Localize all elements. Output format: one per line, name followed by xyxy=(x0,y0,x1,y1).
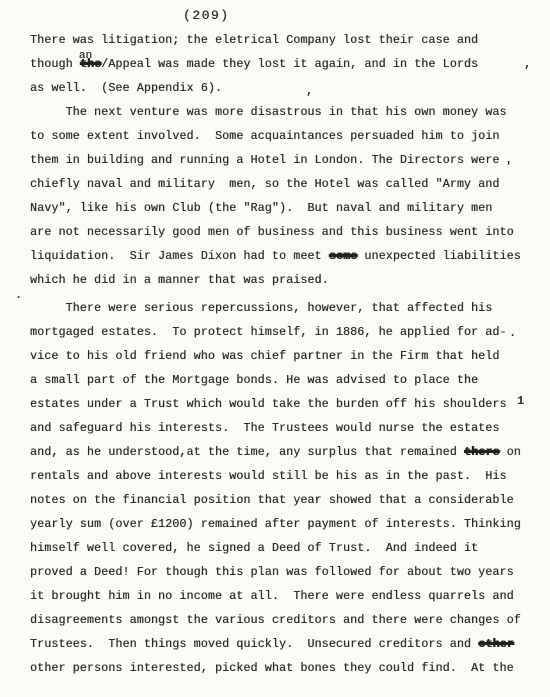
text-segment: and safeguard his interests. The Trustee… xyxy=(30,421,500,435)
struck-out-word: some xyxy=(329,249,357,263)
text-segment: disagreements amongst the various credit… xyxy=(30,613,521,627)
stray-ink-mark: , xyxy=(524,57,531,71)
stray-ink-mark: . xyxy=(509,326,516,340)
text-segment: rentals and above interests would still … xyxy=(30,469,507,483)
text-segment: yearly sum (over £1200) remained after p… xyxy=(30,517,521,531)
text-segment: mortgaged estates. To protect himself, i… xyxy=(30,325,507,339)
page-number: (209) xyxy=(183,8,230,23)
text-line: and, as he understood,at the time, any s… xyxy=(30,440,535,464)
text-segment: The next venture was more disastrous in … xyxy=(30,105,507,119)
text-segment: on xyxy=(500,445,521,459)
text-line: yearly sum (over £1200) remained after p… xyxy=(30,512,535,536)
text-line: notes on the financial position that yea… xyxy=(30,488,535,512)
text-segment: There was litigation; the eletrical Comp… xyxy=(30,33,478,47)
inserted-correction-word: an xyxy=(79,44,92,68)
text-segment: Trustees. Then things moved quickly. Uns… xyxy=(30,637,478,651)
text-line: himself well covered, he signed a Deed o… xyxy=(30,536,535,560)
text-line: which he did in a manner that was praise… xyxy=(30,268,535,292)
text-line: a small part of the Mortgage bonds. He w… xyxy=(30,368,535,392)
text-line: other persons interested, picked what bo… xyxy=(30,656,535,680)
text-segment: unexpected liabilities xyxy=(357,249,521,263)
text-segment: a small part of the Mortgage bonds. He w… xyxy=(30,373,478,387)
text-line: them in building and running a Hotel in … xyxy=(30,148,535,172)
text-line: to some extent involved. Some acquaintan… xyxy=(30,124,535,148)
text-line: rentals and above interests would still … xyxy=(30,464,535,488)
text-segment: chiefly naval and military men, so the H… xyxy=(30,177,500,191)
text-segment: and, as he understood,at the time, any s… xyxy=(30,445,464,459)
text-segment: though xyxy=(30,57,80,71)
text-line: mortgaged estates. To protect himself, i… xyxy=(30,320,535,344)
text-line: Trustees. Then things moved quickly. Uns… xyxy=(30,632,535,656)
text-segment: to some extent involved. Some acquaintan… xyxy=(30,129,500,143)
text-line: Navy", like his own Club (the "Rag"). Bu… xyxy=(30,196,535,220)
text-segment: which he did in a manner that was praise… xyxy=(30,273,329,287)
text-line: chiefly naval and military men, so the H… xyxy=(30,172,535,196)
text-segment: himself well covered, he signed a Deed o… xyxy=(30,541,478,555)
text-line: disagreements amongst the various credit… xyxy=(30,608,535,632)
text-segment: other persons interested, picked what bo… xyxy=(30,661,514,675)
stray-ink-mark: ' xyxy=(505,160,512,174)
text-line: There were serious repercussions, howeve… xyxy=(30,296,535,320)
scanned-document-page: (209) There was litigation; the eletrica… xyxy=(0,0,550,697)
text-line: and safeguard his interests. The Trustee… xyxy=(30,416,535,440)
text-line: vice to his old friend who was chief par… xyxy=(30,344,535,368)
text-line: it brought him in no income at all. Ther… xyxy=(30,584,535,608)
struck-out-word: thean xyxy=(80,57,101,71)
text-segment: it brought him in no income at all. Ther… xyxy=(30,589,514,603)
text-line: proved a Deed! For though this plan was … xyxy=(30,560,535,584)
text-segment: estates under a Trust which would take t… xyxy=(30,397,507,411)
stray-ink-mark: . xyxy=(15,288,22,302)
text-segment: as well. (See Appendix 6). xyxy=(30,81,222,95)
stray-ink-mark: , xyxy=(306,84,313,98)
text-line: as well. (See Appendix 6). xyxy=(30,76,535,100)
text-line: liquidation. Sir James Dixon had to meet… xyxy=(30,244,535,268)
document-text-body: There was litigation; the eletrical Comp… xyxy=(30,28,535,680)
text-segment: liquidation. Sir James Dixon had to meet xyxy=(30,249,329,263)
struck-out-word: there xyxy=(464,445,500,459)
text-segment: /Appeal was made they lost it again, and… xyxy=(101,57,478,71)
text-line: though thean/Appeal was made they lost i… xyxy=(30,52,535,76)
struck-out-word: other xyxy=(478,637,514,651)
text-segment: are not necessarily good men of business… xyxy=(30,225,514,239)
stray-ink-mark: 1 xyxy=(517,394,524,408)
text-line: are not necessarily good men of business… xyxy=(30,220,535,244)
text-segment: them in building and running a Hotel in … xyxy=(30,153,500,167)
text-line: estates under a Trust which would take t… xyxy=(30,392,535,416)
text-segment: Navy", like his own Club (the "Rag"). Bu… xyxy=(30,201,492,215)
text-line: The next venture was more disastrous in … xyxy=(30,100,535,124)
text-segment: notes on the financial position that yea… xyxy=(30,493,514,507)
text-segment: proved a Deed! For though this plan was … xyxy=(30,565,514,579)
text-segment: There were serious repercussions, howeve… xyxy=(30,301,492,315)
text-segment: vice to his old friend who was chief par… xyxy=(30,349,500,363)
text-line: There was litigation; the eletrical Comp… xyxy=(30,28,535,52)
